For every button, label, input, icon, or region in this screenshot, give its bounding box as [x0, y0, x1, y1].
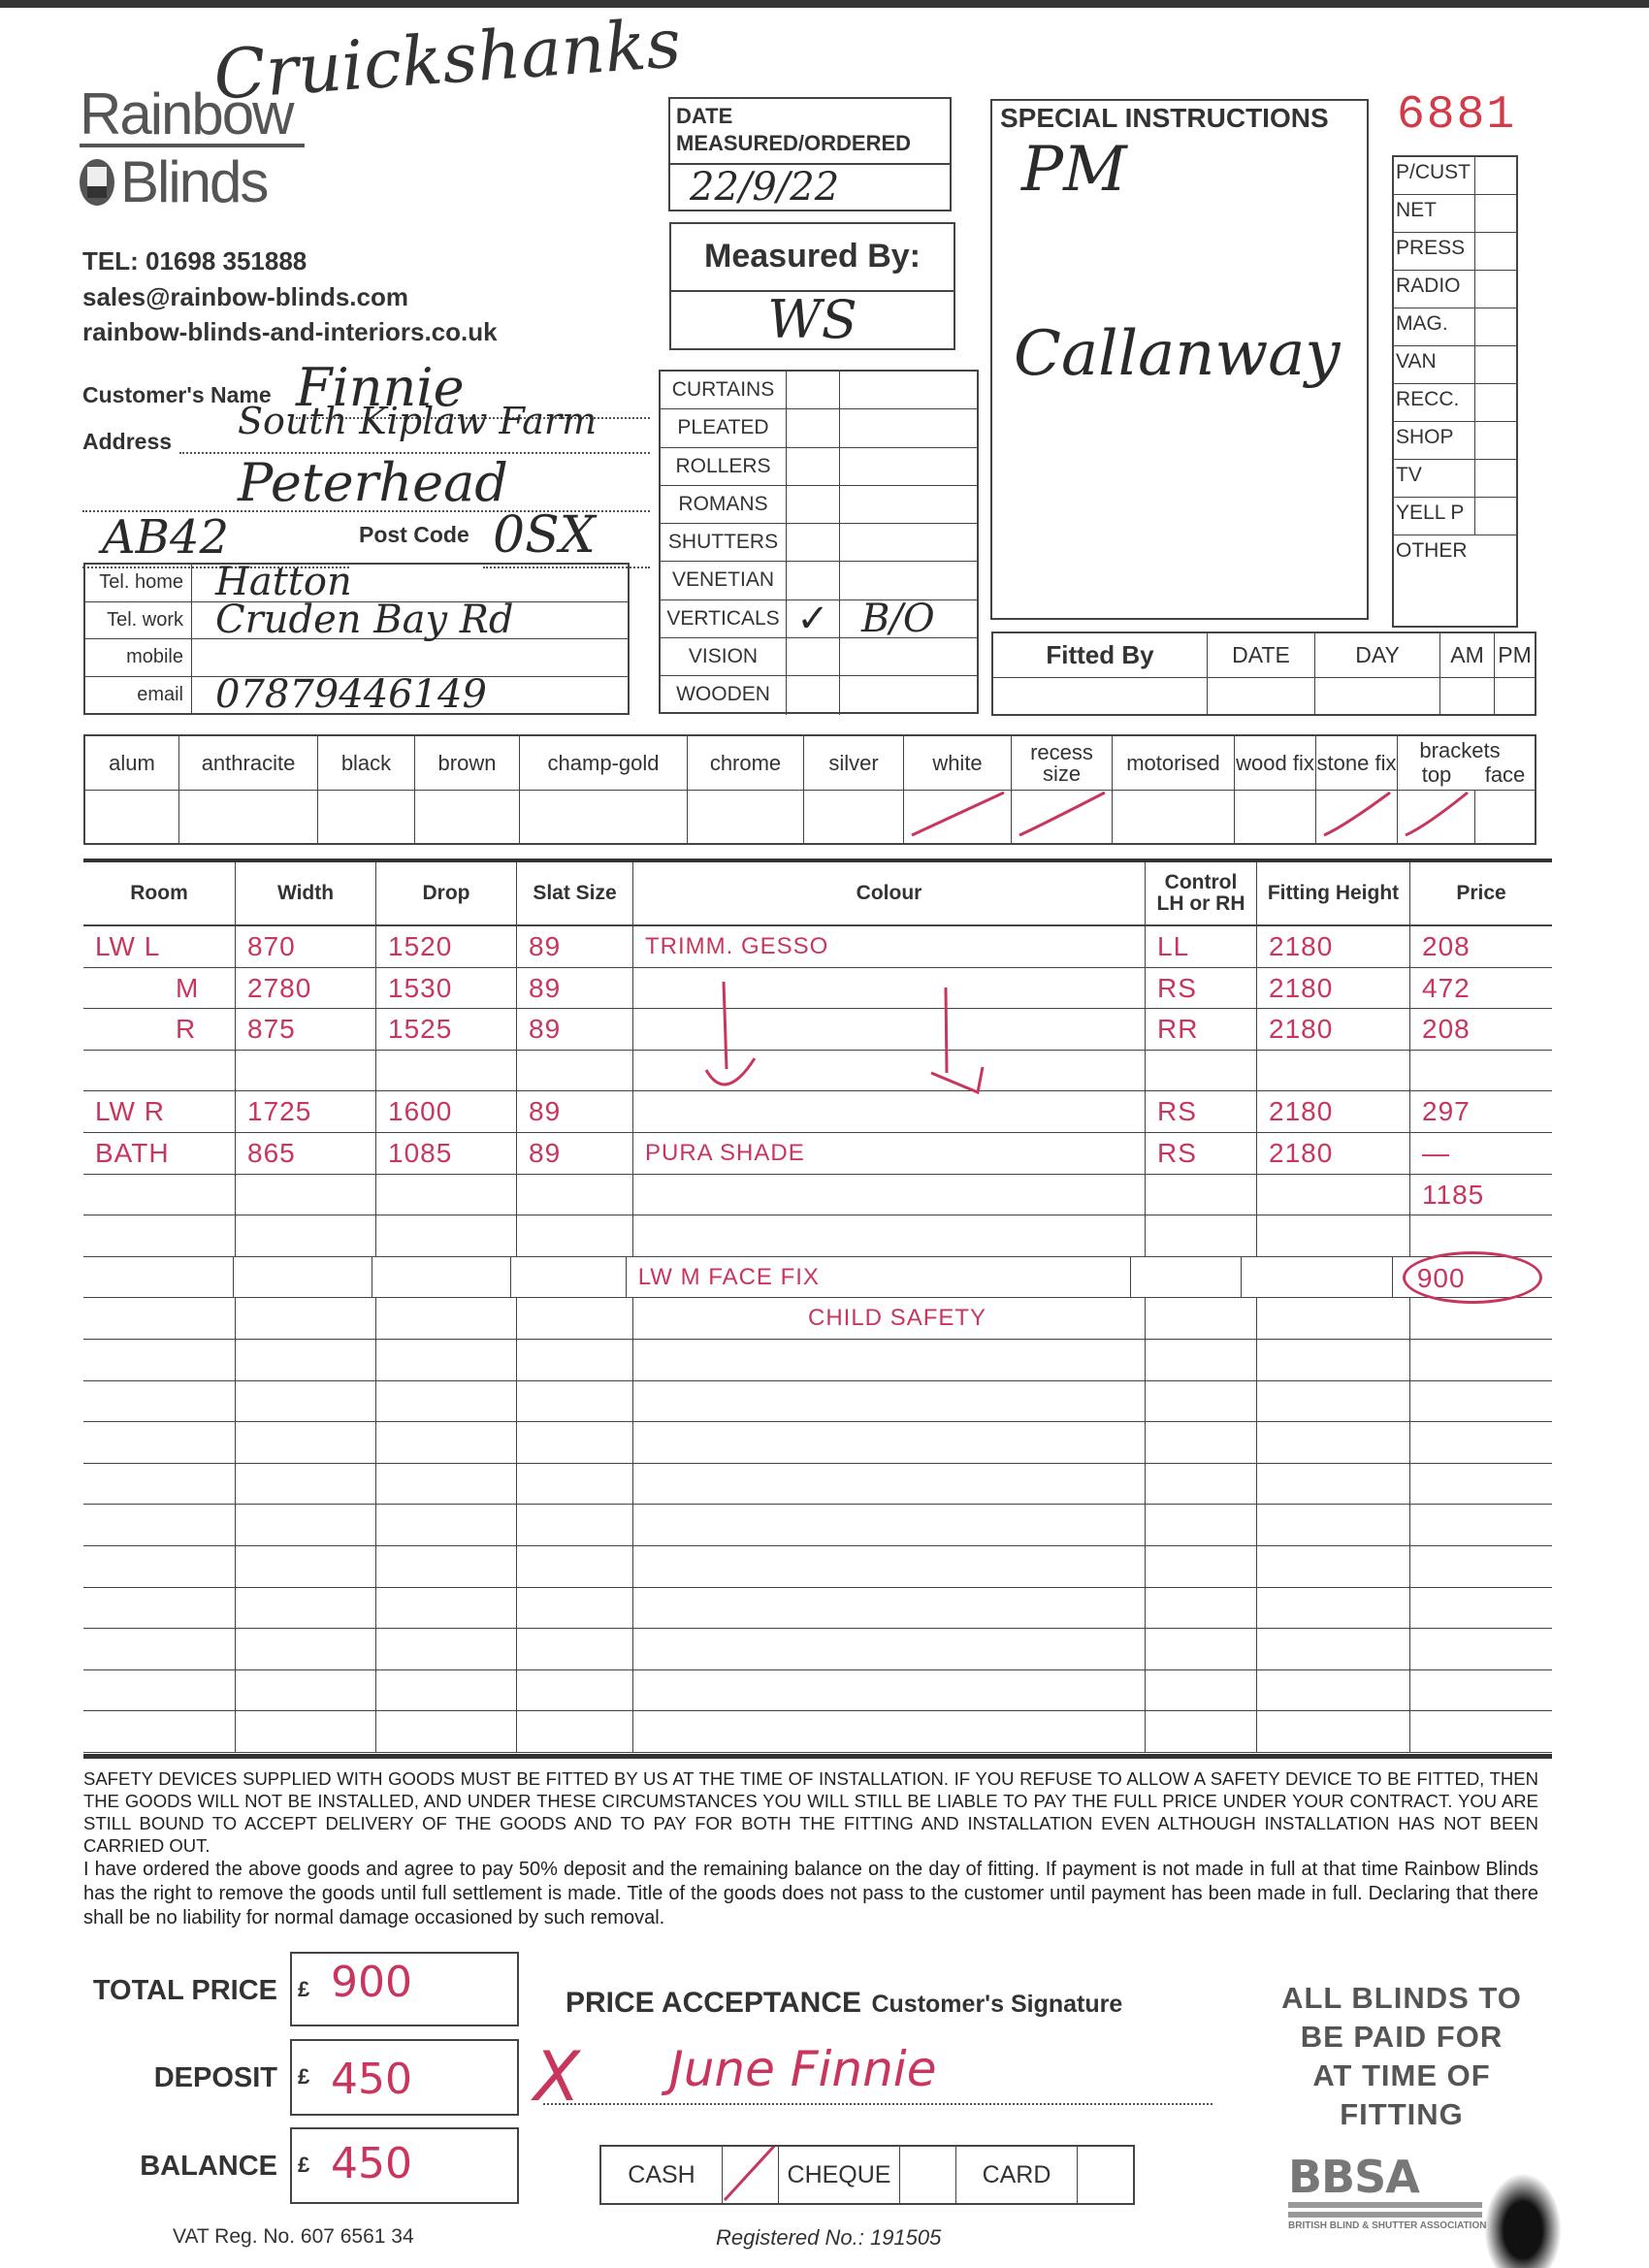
cell-control[interactable]: LL	[1146, 926, 1257, 967]
cell-price[interactable]	[1410, 1340, 1552, 1380]
cell-slat[interactable]	[517, 1298, 633, 1339]
cell-price[interactable]	[1410, 1629, 1552, 1669]
company-website[interactable]: rainbow-blinds-and-interiors.co.uk	[82, 317, 498, 347]
option-checkbox[interactable]	[1316, 791, 1398, 843]
cell-room[interactable]	[83, 1464, 236, 1505]
cell-width[interactable]	[236, 1588, 376, 1629]
column-header-height: Fitting Height	[1257, 862, 1410, 924]
source-item-checkbox[interactable]	[1475, 157, 1516, 194]
cell-control[interactable]	[1146, 1175, 1257, 1215]
source-item-checkbox[interactable]	[1475, 498, 1516, 535]
cell-slat[interactable]	[517, 1505, 633, 1545]
cell-colour[interactable]	[633, 1215, 1146, 1256]
option-checkbox[interactable]	[1113, 791, 1235, 843]
cell-height[interactable]	[1257, 1051, 1410, 1091]
contact-value[interactable]	[192, 639, 628, 676]
source-item-checkbox[interactable]	[1475, 308, 1516, 345]
product-type-note[interactable]	[840, 448, 977, 485]
product-type-checkbox[interactable]	[787, 676, 840, 714]
cell-control[interactable]	[1146, 1670, 1257, 1711]
address-line2-value: Peterhead	[238, 452, 508, 513]
contact-value[interactable]: Cruden Bay Rd	[192, 602, 628, 639]
source-list: P/CUSTNETPRESSRADIOMAG.VANRECC.SHOPTVYEL…	[1392, 155, 1518, 628]
cell-drop[interactable]	[372, 1257, 511, 1298]
option-label-text: brown	[438, 753, 497, 774]
cell-control[interactable]: RS	[1146, 1133, 1257, 1174]
product-type-row: CURTAINS	[661, 372, 977, 409]
tick-mark-icon	[723, 2147, 778, 2203]
cell-slat[interactable]	[517, 1670, 633, 1711]
column-header-width: Width	[236, 862, 376, 924]
signature-mark: X	[533, 2037, 580, 2117]
table-row: LW L870152089Trimm. GessoLL2180208	[83, 926, 1552, 968]
address-line1-value: South Kiplaw Farm	[238, 400, 597, 442]
cell-room[interactable]	[83, 1588, 236, 1629]
cell-colour[interactable]	[633, 1175, 1146, 1215]
source-item-label: P/CUST	[1394, 157, 1475, 194]
contact-label: mobile	[85, 639, 192, 676]
table-row: Child Safety	[83, 1298, 1552, 1340]
cell-width[interactable]	[236, 1711, 376, 1752]
cell-control[interactable]	[1146, 1464, 1257, 1505]
cell-height[interactable]	[1257, 1670, 1410, 1711]
source-item-checkbox[interactable]	[1475, 233, 1516, 270]
cell-height[interactable]	[1257, 1505, 1410, 1545]
cell-height[interactable]	[1257, 1464, 1410, 1505]
product-type-note[interactable]	[840, 676, 977, 714]
option-checkbox[interactable]	[804, 791, 904, 843]
cell-room[interactable]: R	[83, 1009, 236, 1050]
cell-colour[interactable]	[633, 1505, 1146, 1545]
option-label: brown	[415, 736, 520, 790]
order-table: RoomWidthDropSlat SizeColourControl LH o…	[83, 862, 1552, 1753]
cheque-checkbox[interactable]	[900, 2147, 956, 2203]
source-item-checkbox[interactable]	[1475, 346, 1516, 383]
cell-width[interactable]	[236, 1175, 376, 1215]
product-type-row: WOODEN	[661, 676, 977, 714]
source-item-checkbox[interactable]	[1475, 460, 1516, 497]
product-type-note[interactable]	[840, 638, 977, 675]
contact-label: Tel. work	[85, 602, 192, 639]
product-type-checkbox[interactable]	[787, 486, 840, 523]
cell-slat[interactable]	[517, 1546, 633, 1587]
fitted-pm-label: PM	[1495, 633, 1535, 678]
cell-slat[interactable]	[517, 1215, 633, 1256]
card-checkbox[interactable]	[1078, 2147, 1133, 2203]
fitted-day-label: DAY	[1315, 633, 1439, 678]
cell-drop[interactable]	[376, 1629, 517, 1669]
cell-price[interactable]	[1410, 1381, 1552, 1422]
cell-colour[interactable]: Child Safety	[633, 1298, 1146, 1339]
cell-control[interactable]	[1146, 1629, 1257, 1669]
cell-colour[interactable]: Pura Shade	[633, 1133, 1146, 1174]
option-checkbox[interactable]	[904, 791, 1012, 843]
product-type-checkbox[interactable]	[787, 372, 840, 408]
cell-room[interactable]	[83, 1422, 236, 1463]
cell-drop[interactable]: 1600	[376, 1091, 517, 1132]
cell-height[interactable]	[1257, 1298, 1410, 1339]
special-instructions-line2[interactable]: Callanway	[992, 320, 1367, 388]
table-row	[83, 1051, 1552, 1092]
cell-colour[interactable]	[633, 1670, 1146, 1711]
cell-drop[interactable]	[376, 1215, 517, 1256]
cell-room[interactable]	[83, 1340, 236, 1380]
cell-price[interactable]	[1410, 1546, 1552, 1587]
table-row	[83, 1505, 1552, 1546]
signature-line[interactable]	[543, 2101, 1212, 2105]
cell-width[interactable]	[236, 1340, 376, 1380]
cell-height[interactable]	[1257, 1340, 1410, 1380]
product-type-checkbox[interactable]	[787, 409, 840, 446]
cell-drop[interactable]	[376, 1422, 517, 1463]
cell-slat[interactable]: 89	[517, 926, 633, 967]
column-header-slat: Slat Size	[517, 862, 633, 924]
cell-width[interactable]	[236, 1298, 376, 1339]
contact-row: Tel. workCruden Bay Rd	[85, 602, 628, 640]
cell-room[interactable]	[83, 1711, 236, 1752]
cell-room[interactable]: LW R	[83, 1091, 236, 1132]
cell-price[interactable]	[1410, 1215, 1552, 1256]
cell-colour[interactable]	[633, 1588, 1146, 1629]
cell-slat[interactable]	[517, 1381, 633, 1422]
cell-drop[interactable]	[376, 1051, 517, 1091]
address-line3-value: AB42	[102, 510, 229, 565]
cell-width[interactable]	[236, 1051, 376, 1091]
option-label-text: motorised	[1126, 753, 1220, 774]
cell-colour[interactable]	[633, 1381, 1146, 1422]
cell-drop[interactable]	[376, 1464, 517, 1505]
product-type-checkbox[interactable]: ✓	[787, 600, 840, 637]
cell-height[interactable]: 2180	[1257, 968, 1410, 1009]
cell-slat[interactable]	[517, 1340, 633, 1380]
cell-drop[interactable]	[376, 1546, 517, 1587]
cell-slat[interactable]: 89	[517, 1091, 633, 1132]
column-header-control: Control LH or RH	[1146, 862, 1257, 924]
cell-slat[interactable]	[517, 1464, 633, 1505]
fitted-am-checkbox[interactable]	[1440, 678, 1494, 714]
source-item: YELL P	[1394, 498, 1516, 535]
source-item-checkbox[interactable]	[1475, 195, 1516, 232]
cell-room[interactable]	[83, 1670, 236, 1711]
cell-height[interactable]	[1242, 1257, 1393, 1298]
cell-height[interactable]	[1257, 1175, 1410, 1215]
cell-height[interactable]: 2180	[1257, 1009, 1410, 1050]
source-item: NET	[1394, 195, 1516, 233]
contact-row: Tel. homeHatton	[85, 565, 628, 602]
product-type-note[interactable]	[840, 562, 977, 599]
special-instructions-box: SPECIAL INSTRUCTIONS PM Callanway	[990, 99, 1369, 620]
cell-height[interactable]: 2180	[1257, 926, 1410, 967]
payment-notice: ALL BLINDS TOBE PAID FORAT TIME OFFITTIN…	[1251, 1979, 1552, 2134]
cell-colour[interactable]	[633, 1629, 1146, 1669]
cell-height[interactable]	[1257, 1215, 1410, 1256]
cell-room[interactable]	[83, 1546, 236, 1587]
date-measured-value[interactable]: 22/9/22	[670, 165, 950, 210]
cell-price[interactable]	[1410, 1422, 1552, 1463]
cell-slat[interactable]	[517, 1629, 633, 1669]
form-number: 6881	[1397, 89, 1516, 142]
option-label-text: alum	[109, 753, 155, 774]
product-type-row: VENETIAN	[661, 562, 977, 599]
cell-room[interactable]	[83, 1215, 236, 1256]
product-type-row: VERTICALS✓B/O	[661, 600, 977, 638]
payment-notice-line: FITTING	[1251, 2095, 1552, 2134]
column-header-price: Price	[1410, 862, 1552, 924]
contact-table: Tel. homeHattonTel. workCruden Bay Rdmob…	[83, 563, 630, 715]
cell-control[interactable]	[1146, 1340, 1257, 1380]
cell-drop[interactable]	[376, 1670, 517, 1711]
product-type-checkbox[interactable]	[787, 524, 840, 561]
cell-control[interactable]: RS	[1146, 968, 1257, 1009]
company-phone: TEL: 01698 351888	[82, 246, 307, 276]
cell-room[interactable]: BATH	[83, 1133, 236, 1174]
product-types-table: CURTAINSPLEATEDROLLERSROMANSSHUTTERSVENE…	[659, 370, 979, 714]
option-checkbox[interactable]	[318, 791, 415, 843]
cell-room[interactable]	[83, 1051, 236, 1091]
cell-room[interactable]	[83, 1381, 236, 1422]
product-type-note[interactable]	[840, 409, 977, 446]
cell-width[interactable]	[236, 1464, 376, 1505]
postcode-label: Post Code	[359, 522, 469, 548]
cell-slat[interactable]	[517, 1711, 633, 1752]
balance-label: BALANCE	[83, 2151, 277, 2183]
cell-slat[interactable]	[511, 1257, 626, 1298]
option-checkbox[interactable]	[520, 791, 688, 843]
cell-drop[interactable]: 1525	[376, 1009, 517, 1050]
company-email[interactable]: sales@rainbow-blinds.com	[82, 282, 408, 312]
source-item-checkbox[interactable]	[1475, 422, 1516, 459]
cell-slat[interactable]: 89	[517, 1009, 633, 1050]
cell-control[interactable]: RR	[1146, 1009, 1257, 1050]
option-label-text: white	[932, 753, 982, 774]
cell-control[interactable]	[1146, 1546, 1257, 1587]
option-label-text: black	[341, 753, 391, 774]
cell-room[interactable]	[83, 1257, 234, 1298]
cell-price[interactable]	[1410, 1670, 1552, 1711]
cell-drop[interactable]: 1520	[376, 926, 517, 967]
cell-drop[interactable]	[376, 1711, 517, 1752]
product-type-checkbox[interactable]	[787, 638, 840, 675]
cell-colour[interactable]	[633, 1340, 1146, 1380]
cell-width[interactable]	[236, 1546, 376, 1587]
cell-control[interactable]	[1146, 1298, 1257, 1339]
cell-colour[interactable]	[633, 1546, 1146, 1587]
price-acceptance-title: PRICE ACCEPTANCE	[566, 1987, 861, 2019]
cell-control[interactable]	[1146, 1381, 1257, 1422]
cell-price[interactable]: 1185	[1410, 1175, 1552, 1215]
cell-colour[interactable]: LW M Face Fix	[627, 1257, 1132, 1298]
product-type-note[interactable]: B/O	[840, 600, 977, 637]
cell-drop[interactable]	[376, 1381, 517, 1422]
product-type-note[interactable]	[840, 524, 977, 561]
special-instructions-line1[interactable]: PM	[992, 136, 1367, 204]
cash-checkbox[interactable]	[723, 2147, 779, 2203]
cell-drop[interactable]	[376, 1175, 517, 1215]
cell-width[interactable]	[236, 1505, 376, 1545]
option-checkbox[interactable]	[688, 791, 804, 843]
option-checkbox[interactable]	[179, 791, 318, 843]
fitted-by-input[interactable]	[993, 678, 1207, 714]
cell-width[interactable]: 2780	[236, 968, 376, 1009]
cell-drop[interactable]	[376, 1298, 517, 1339]
cell-height[interactable]	[1257, 1711, 1410, 1752]
cell-price[interactable]: 208	[1410, 926, 1552, 967]
cell-room[interactable]: M	[83, 968, 236, 1009]
cell-slat[interactable]	[517, 1422, 633, 1463]
cell-control[interactable]	[1146, 1422, 1257, 1463]
registered-number: Registered No.: 191505	[716, 2225, 941, 2251]
measured-by-label: Measured By:	[671, 224, 954, 292]
cell-height[interactable]	[1257, 1588, 1410, 1629]
cell-width[interactable]	[236, 1381, 376, 1422]
cell-drop[interactable]: 1530	[376, 968, 517, 1009]
balance-value: 450	[331, 2139, 412, 2188]
product-type-label: VENETIAN	[661, 562, 787, 599]
contact-value[interactable]: Hatton	[192, 565, 628, 601]
currency-symbol: £	[298, 1977, 309, 2002]
cell-price[interactable]	[1410, 1464, 1552, 1505]
total-price-field[interactable]: £ 900	[290, 1952, 519, 2026]
cell-room[interactable]	[83, 1505, 236, 1545]
cell-colour[interactable]: Trimm. Gesso	[633, 926, 1146, 967]
table-row	[83, 1546, 1552, 1588]
option-label-text: chrome	[710, 753, 781, 774]
cell-width[interactable]: 870	[236, 926, 376, 967]
cell-height[interactable]	[1257, 1381, 1410, 1422]
source-item: OTHER	[1394, 535, 1516, 601]
cell-room[interactable]	[83, 1298, 236, 1339]
cell-slat[interactable]	[517, 1588, 633, 1629]
product-type-checkbox[interactable]	[787, 448, 840, 485]
cell-width[interactable]	[234, 1257, 372, 1298]
option-checkbox[interactable]	[1398, 791, 1475, 843]
cell-price[interactable]	[1410, 1051, 1552, 1091]
cell-slat[interactable]	[517, 1175, 633, 1215]
table-row: LW R1725160089RS2180297	[83, 1091, 1552, 1133]
cell-control[interactable]	[1146, 1505, 1257, 1545]
cell-control[interactable]	[1146, 1215, 1257, 1256]
cell-control[interactable]	[1131, 1257, 1242, 1298]
cell-width[interactable]: 875	[236, 1009, 376, 1050]
cell-drop[interactable]	[376, 1340, 517, 1380]
cell-price[interactable]	[1410, 1711, 1552, 1752]
cell-height[interactable]	[1257, 1422, 1410, 1463]
cell-drop[interactable]	[376, 1588, 517, 1629]
source-item-label: NET	[1394, 195, 1475, 232]
total-price-label: TOTAL PRICE	[83, 1975, 277, 2007]
deposit-value: 450	[331, 2055, 412, 2104]
option-checkbox[interactable]	[1475, 791, 1535, 843]
fitted-am-label: AM	[1440, 633, 1494, 678]
cell-price[interactable]: 900	[1403, 1251, 1542, 1304]
cell-width[interactable]	[236, 1629, 376, 1669]
cell-colour[interactable]	[633, 1711, 1146, 1752]
cell-colour[interactable]	[633, 1051, 1146, 1091]
option-checkbox[interactable]	[85, 791, 179, 843]
product-type-checkbox[interactable]	[787, 562, 840, 599]
cell-price[interactable]: 297	[1410, 1091, 1552, 1132]
source-item: RADIO	[1394, 271, 1516, 308]
cell-width[interactable]	[236, 1422, 376, 1463]
cell-control[interactable]	[1146, 1588, 1257, 1629]
option-checkbox[interactable]	[1012, 791, 1113, 843]
cell-width[interactable]	[236, 1215, 376, 1256]
cell-price[interactable]: 208	[1410, 1009, 1552, 1050]
cell-colour[interactable]	[633, 1091, 1146, 1132]
measured-by-value[interactable]: WS	[671, 292, 954, 348]
option-checkbox[interactable]	[1235, 791, 1316, 843]
cell-width[interactable]	[236, 1670, 376, 1711]
customer-signature: June Finnie	[669, 2041, 936, 2097]
option-label: chrome	[688, 736, 804, 790]
cell-price[interactable]	[1410, 1298, 1552, 1339]
source-item-label: TV	[1394, 460, 1475, 497]
cell-drop[interactable]	[376, 1505, 517, 1545]
cell-colour[interactable]	[633, 1464, 1146, 1505]
cell-price[interactable]	[1410, 1588, 1552, 1629]
source-item: P/CUST	[1394, 157, 1516, 195]
cell-price[interactable]: —	[1410, 1133, 1552, 1174]
table-row	[83, 1588, 1552, 1630]
table-row	[83, 1711, 1552, 1753]
fitted-pm-checkbox[interactable]	[1495, 678, 1535, 714]
cell-price[interactable]	[1410, 1505, 1552, 1545]
cell-width[interactable]: 1725	[236, 1091, 376, 1132]
deposit-field[interactable]: £ 450	[290, 2039, 519, 2116]
cell-control[interactable]	[1146, 1711, 1257, 1752]
cell-height[interactable]: 2180	[1257, 1133, 1410, 1174]
cell-control[interactable]	[1146, 1051, 1257, 1091]
cash-label: CASH	[601, 2147, 723, 2203]
cell-slat[interactable]	[517, 1051, 633, 1091]
cell-slat[interactable]: 89	[517, 1133, 633, 1174]
cell-price[interactable]: 472	[1410, 968, 1552, 1009]
source-item-checkbox[interactable]	[1475, 384, 1516, 421]
balance-field[interactable]: £ 450	[290, 2127, 519, 2204]
fitted-day-input[interactable]	[1315, 678, 1439, 714]
product-type-note[interactable]	[840, 486, 977, 523]
tick-mark-icon	[1012, 791, 1112, 843]
cell-colour[interactable]	[633, 968, 1146, 1009]
price-acceptance-heading: PRICE ACCEPTANCE Customer's Signature	[566, 1987, 1122, 2020]
cell-room[interactable]: LW L	[83, 926, 236, 967]
option-checkbox[interactable]	[415, 791, 520, 843]
source-item: VAN	[1394, 346, 1516, 384]
product-type-note[interactable]	[840, 372, 977, 408]
cell-height[interactable]	[1257, 1546, 1410, 1587]
cell-control[interactable]: RS	[1146, 1091, 1257, 1132]
card-label: CARD	[956, 2147, 1078, 2203]
date-measured-box: DATE MEASURED/ORDERED 22/9/22	[668, 97, 952, 211]
cell-drop[interactable]: 1085	[376, 1133, 517, 1174]
source-item-checkbox[interactable]	[1475, 271, 1516, 308]
cell-room[interactable]	[83, 1175, 236, 1215]
cell-width[interactable]: 865	[236, 1133, 376, 1174]
source-item-label: OTHER	[1394, 535, 1516, 601]
cell-colour[interactable]	[633, 1009, 1146, 1050]
cell-slat[interactable]: 89	[517, 968, 633, 1009]
cell-colour[interactable]	[633, 1422, 1146, 1463]
product-type-label: SHUTTERS	[661, 524, 787, 561]
cell-height[interactable]	[1257, 1629, 1410, 1669]
source-item-label: YELL P	[1394, 498, 1475, 535]
date-measured-label: DATE MEASURED/ORDERED	[670, 99, 950, 165]
cell-room[interactable]	[83, 1629, 236, 1669]
contact-value[interactable]: 07879446149	[192, 677, 628, 715]
cell-height[interactable]: 2180	[1257, 1091, 1410, 1132]
deposit-label: DEPOSIT	[83, 2062, 277, 2094]
fitted-date-input[interactable]	[1208, 678, 1314, 714]
